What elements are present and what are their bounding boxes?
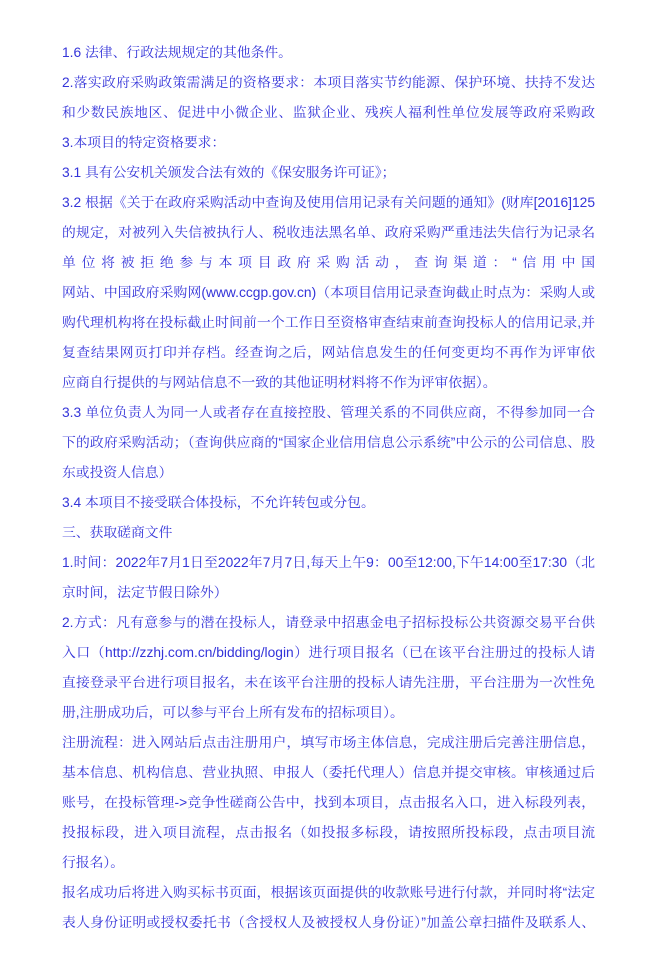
text-line: 3.4 本项目不接受联合体投标，不允许转包或分包。 [62, 488, 595, 518]
text-line: 东或投资人信息） [62, 458, 595, 488]
text-line: 应商自行提供的与网站信息不一致的其他证明材料将不作为评审依据）。 [62, 368, 595, 398]
text-line: 1.6 法律、行政法规规定的其他条件。 [62, 38, 595, 68]
text-line: 京时间，法定节假日除外） [62, 578, 595, 608]
text-line: 单位将被拒绝参与本项目政府采购活动，查询渠道：“信用中国（www.creditc… [62, 248, 595, 278]
text-line: 2.落实政府采购政策需满足的资格要求：本项目落实节约能源、保护环境、扶持不发达地… [62, 68, 595, 98]
text-line: 投报标段，进入项目流程，点击报名（如投报多标段，请按照所投标段，点击项目流程，进 [62, 818, 595, 848]
text-line: 行报名）。 [62, 848, 595, 878]
text-line: 的规定，对被列入失信被执行人、税收违法黑名单、政府采购严重违法失信行为记录名单的 [62, 218, 595, 248]
text-line: 2.方式：凡有意参与的潜在投标人，请登录中招惠金电子招标投标公共资源交易平台供应… [62, 608, 595, 638]
text-line: 购代理机构将在投标截止时间前一个工作日至资格审查结束前查询投标人的信用记录,并将 [62, 308, 595, 338]
text-line: 三、获取磋商文件 [62, 518, 595, 548]
text-line: 直接登录平台进行项目报名，未在该平台注册的投标人请先注册，平台注册为一次性免费注 [62, 668, 595, 698]
document-page: 1.6 法律、行政法规规定的其他条件。2.落实政府采购政策需满足的资格要求：本项… [0, 0, 655, 970]
text-line: 3.2 根据《关于在政府采购活动中查询及使用信用记录有关问题的通知》(财库[20… [62, 188, 595, 218]
text-line: 和少数民族地区、促进中小微企业、监狱企业、残疾人福利性单位发展等政府采购政策。 [62, 98, 595, 128]
text-line: 表人身份证明或授权委托书（含授权人及被授权人身份证）”加盖公章扫描件及联系人、联 [62, 908, 595, 938]
text-line: 3.本项目的特定资格要求： [62, 128, 595, 158]
document-body: 1.6 法律、行政法规规定的其他条件。2.落实政府采购政策需满足的资格要求：本项… [62, 38, 595, 938]
text-line: 下的政府采购活动；（查询供应商的“国家企业信用信息公示系统”中公示的公司信息、股 [62, 428, 595, 458]
text-line: 复查结果网页打印并存档。经查询之后，网站信息发生的任何变更均不再作为评审依据，供 [62, 338, 595, 368]
text-line: 入口（http://zzhj.com.cn/bidding/login）进行项目… [62, 638, 595, 668]
text-line: 报名成功后将进入购买标书页面，根据该页面提供的收款账号进行付款，并同时将“法定代 [62, 878, 595, 908]
text-line: 3.1 具有公安机关颁发合法有效的《保安服务许可证》； [62, 158, 595, 188]
text-line: 网站、中国政府采购网(www.ccgp.gov.cn)（本项目信用记录查询截止时… [62, 278, 595, 308]
text-line: 3.3 单位负责人为同一人或者存在直接控股、管理关系的不同供应商，不得参加同一合… [62, 398, 595, 428]
text-line: 1.时间：2022年7月1日至2022年7月7日,每天上午9：00至12:00,… [62, 548, 595, 578]
text-line: 注册流程：进入网站后点击注册用户，填写市场主体信息，完成注册后完善注册信息，包括… [62, 728, 595, 758]
text-line: 册,注册成功后，可以参与平台上所有发布的招标项目）。 [62, 698, 595, 728]
text-line: 账号，在投标管理->竞争性磋商公告中，找到本项目，点击报名入口，进入标段列表，点… [62, 788, 595, 818]
text-line: 基本信息、机构信息、营业执照、申报人（委托代理人）信息并提交审核。审核通过后登录 [62, 758, 595, 788]
